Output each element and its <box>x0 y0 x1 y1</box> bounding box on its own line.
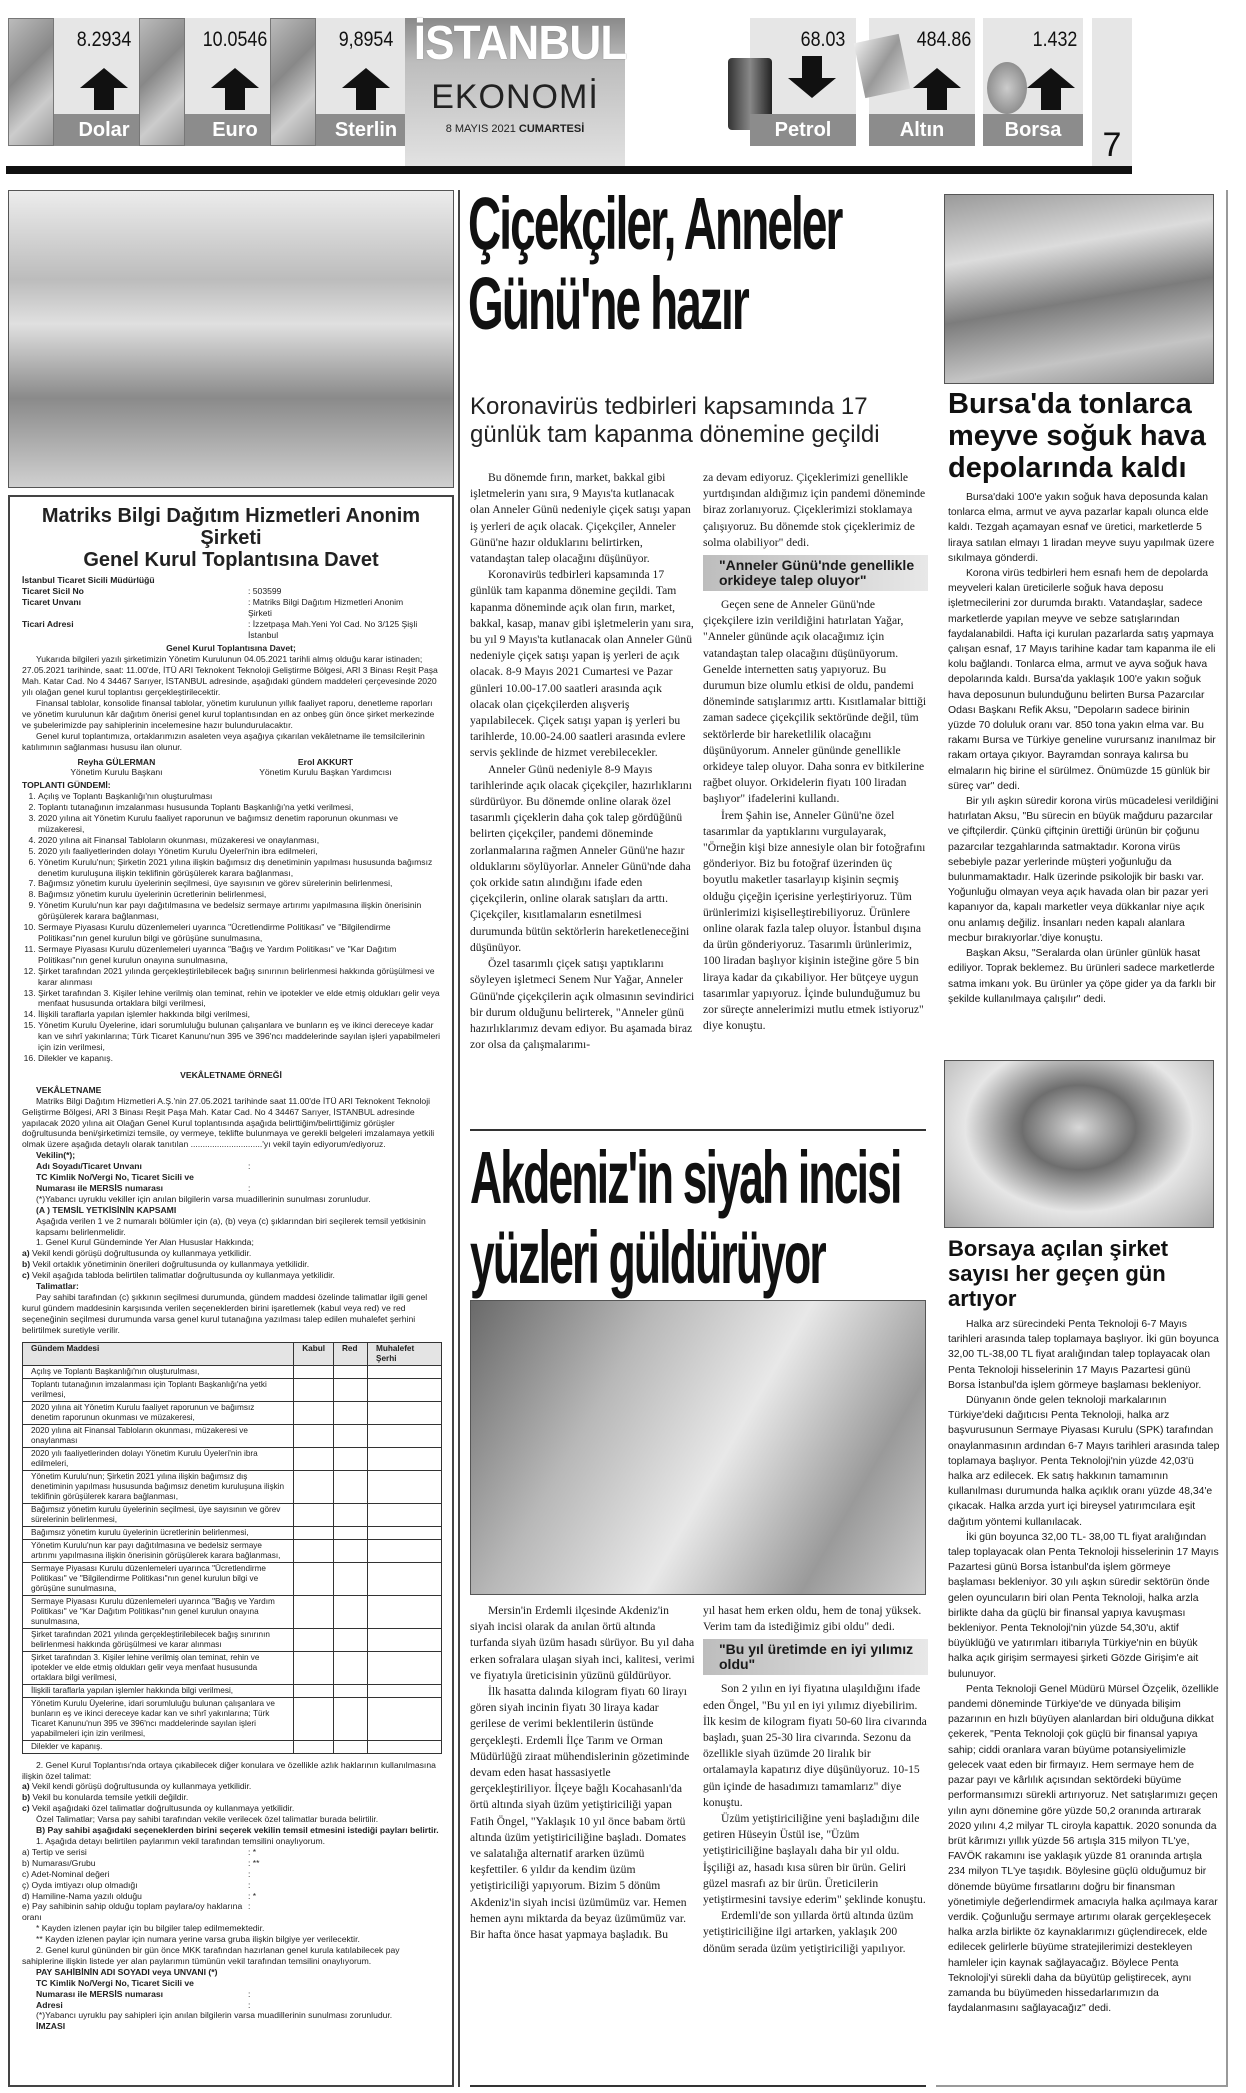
invite-heading: Genel Kurul Toplantısına Davet; <box>22 643 440 654</box>
proxy-note: (*)Yabancı uyruklu vekiller için anılan … <box>22 1194 440 1205</box>
signatories: Reyha GÜLERMANYönetim Kurulu Başkanı Ero… <box>22 757 440 779</box>
ticker-sterlin: 9,8954 Sterlin <box>270 18 416 146</box>
proxy-field: TC Kimlik No/Vergi No, Ticaret Sicili ve <box>22 1172 440 1183</box>
agenda-item: Şirket tarafından 2021 yılında gerçekleş… <box>38 966 440 988</box>
kabul-cell[interactable] <box>294 1562 334 1595</box>
scope-option: a) Vekil kendi görüşü doğrultusunda oy k… <box>22 1248 440 1259</box>
table-row: Yönetim Kurulu'nun kar payı dağıtılmasın… <box>23 1539 442 1562</box>
share-field: b) Numarası/Grubu: ** <box>22 1858 440 1869</box>
muhalefet-cell[interactable] <box>368 1595 442 1628</box>
agenda-list: Açılış ve Toplantı Başkanlığı'nın oluştu… <box>22 791 440 1064</box>
share-fields: a) Tertip ve serisi: *b) Numarası/Grubu:… <box>22 1847 440 1923</box>
agenda-item: Açılış ve Toplantı Başkanlığı'nın oluştu… <box>38 791 440 802</box>
column-header: Gündem Maddesi <box>23 1342 294 1365</box>
borsa-article: Borsaya açılan şirket sayısı her geçen g… <box>948 1236 1220 2016</box>
table-row: Sermaye Piyasası Kurulu düzenlemeleri uy… <box>23 1595 442 1628</box>
instructions-heading: Talimatlar: <box>22 1281 440 1292</box>
column-header: Muhalefet Şerhi <box>368 1342 442 1365</box>
column-divider <box>458 190 460 2087</box>
agenda-item: 2020 yılına ait Finansal Tabloların okun… <box>38 835 440 846</box>
bursa-headline: Bursa'da tonlarca meyve soğuk hava depol… <box>948 388 1220 484</box>
kabul-cell[interactable] <box>294 1628 334 1651</box>
kabul-cell[interactable] <box>294 1503 334 1526</box>
table-row: İlişkili taraflarla yapılan işlemler hak… <box>23 1684 442 1697</box>
borsa-body: Halka arz sürecindeki Penta Teknoloji 6-… <box>948 1317 1220 2016</box>
arrow-up-icon <box>913 68 961 88</box>
arrow-up-icon <box>80 68 128 88</box>
notice-paragraph: Yukarıda bilgileri yazılı şirketimizin Y… <box>22 654 440 698</box>
article-divider <box>470 2085 926 2087</box>
table-row: 2020 yılına ait Finansal Tabloların okun… <box>23 1424 442 1447</box>
table-row: Bağımsız yönetim kurulu üyelerinin ücret… <box>23 1526 442 1539</box>
special-instructions: Özel Talimatlar; Varsa pay sahibi tarafı… <box>22 1814 440 1825</box>
ticker-value: 10.0546 <box>193 28 278 52</box>
share-field: a) Tertip ve serisi: * <box>22 1847 440 1858</box>
kabul-cell[interactable] <box>294 1378 334 1401</box>
red-cell[interactable] <box>334 1378 368 1401</box>
red-cell[interactable] <box>334 1595 368 1628</box>
table-row: Sermaye Piyasası Kurulu düzenlemeleri uy… <box>23 1562 442 1595</box>
grapes-column-2: yıl hasat hem erken oldu, hem de tonaj y… <box>703 1603 928 1957</box>
agenda-vote-table: Gündem Maddesi Kabul Red Muhalefet Şerhi… <box>22 1342 442 1754</box>
notice-paragraph: Genel kurul toplantımıza, ortaklarımızın… <box>22 731 440 753</box>
red-cell[interactable] <box>334 1503 368 1526</box>
red-cell[interactable] <box>334 1401 368 1424</box>
share-field: e) Pay sahibinin sahip olduğu toplam pay… <box>22 1901 440 1923</box>
kabul-cell[interactable] <box>294 1424 334 1447</box>
signature-label: İMZASI <box>22 2021 440 2032</box>
muhalefet-cell[interactable] <box>368 1526 442 1539</box>
scope-option: b) Vekil ortaklık yönetiminin önerileri … <box>22 1259 440 1270</box>
agenda-item: Şirket tarafından 3. Kişiler lehine veri… <box>38 988 440 1010</box>
agenda-item: Yönetim Kurulu Üyelerine, idari sorumlul… <box>38 1020 440 1053</box>
muhalefet-cell[interactable] <box>368 1684 442 1697</box>
muhalefet-cell[interactable] <box>368 1447 442 1470</box>
bursa-body: Bursa'daki 100'e yakın soğuk hava deposu… <box>948 490 1220 1007</box>
logo-subtitle: EKONOMİ <box>405 78 625 117</box>
kabul-cell[interactable] <box>294 1684 334 1697</box>
borsa-headline: Borsaya açılan şirket sayısı her geçen g… <box>948 1236 1220 1311</box>
flowers-column-1: Bu dönemde fırın, market, bakkal gibi iş… <box>470 470 695 1053</box>
red-cell[interactable] <box>334 1470 368 1503</box>
ticker-label: Altın <box>869 114 975 146</box>
red-cell[interactable] <box>334 1539 368 1562</box>
kabul-cell[interactable] <box>294 1651 334 1684</box>
owner-field: Numarası ile MERSİS numarası: <box>22 1989 440 2000</box>
flowers-column-2: za devam ediyoruz. Çiçeklerimizi genelli… <box>703 470 928 1035</box>
euro-banknote-icon <box>139 18 185 146</box>
ticker-borsa: 1.432 Borsa <box>983 18 1083 146</box>
woman-with-grapes-photo <box>470 1300 926 1595</box>
agenda-item: 2020 yılına ait Yönetim Kurulu faaliyet … <box>38 813 440 835</box>
muhalefet-cell[interactable] <box>368 1562 442 1595</box>
scope-text: Aşağıda verilen 1 ve 2 numaralı bölümler… <box>22 1216 440 1238</box>
article-divider <box>470 1129 926 1131</box>
issue-date: 8 MAYIS 2021 CUMARTESİ <box>405 123 625 135</box>
muhalefet-cell[interactable] <box>368 1628 442 1651</box>
agenda-item: Sermaye Piyasası Kurulu düzenlemeleri uy… <box>38 944 440 966</box>
muhalefet-cell[interactable] <box>368 1697 442 1740</box>
pull-quote: "Anneler Günü'nde genellikle orkideye ta… <box>703 555 928 591</box>
table-row: 2020 yılı faaliyetlerinden dolayı Yöneti… <box>23 1447 442 1470</box>
kabul-cell[interactable] <box>294 1595 334 1628</box>
muhalefet-cell[interactable] <box>368 1401 442 1424</box>
part2-text: 2. Genel Kurul Toplantısı'nda ortaya çık… <box>22 1760 440 1782</box>
column-header: Kabul <box>294 1342 334 1365</box>
red-cell[interactable] <box>334 1697 368 1740</box>
logo-title: İSTANBUL <box>414 18 616 70</box>
kabul-cell[interactable] <box>294 1539 334 1562</box>
share-field: c) Adet-Nominal değeri: <box>22 1869 440 1880</box>
red-cell[interactable] <box>334 1651 368 1684</box>
kabul-cell[interactable] <box>294 1740 334 1753</box>
proxy-title: VEKÂLETNAME <box>22 1085 440 1096</box>
owner-note: (*)Yabancı uyruklu pay sahipleri için an… <box>22 2010 440 2021</box>
red-cell[interactable] <box>334 1447 368 1470</box>
part-b-heading: B) Pay sahibi aşağıdaki seçeneklerden bi… <box>22 1825 440 1836</box>
arrow-up-icon <box>342 68 390 88</box>
proxy-text: Matriks Bilgi Dağıtım Hizmetleri A.Ş.'ni… <box>22 1096 440 1151</box>
arrow-down-icon <box>788 78 836 98</box>
table-row: Şirket tarafından 3. Kişiler lehine veri… <box>23 1651 442 1684</box>
muhalefet-cell[interactable] <box>368 1470 442 1503</box>
ticker-petrol: 68.03 Petrol <box>750 18 856 146</box>
part-b-item: 2. Genel kurul gününden bir gün önce MKK… <box>22 1945 440 1967</box>
proxy-field: Vekilin(*); <box>22 1150 440 1161</box>
part-b-item: 1. Aşağıda detayı belirtilen paylarımın … <box>22 1836 440 1847</box>
owner-field: PAY SAHİBİNİN ADI SOYADI veya UNVANI (*) <box>22 1967 440 1978</box>
borsa-istanbul-logo-icon <box>987 62 1027 114</box>
agenda-item: Dilekler ve kapanış. <box>38 1053 440 1064</box>
field-row: Ticaret Sicil No: 503599 <box>22 586 440 597</box>
muhalefet-cell[interactable] <box>368 1424 442 1447</box>
kabul-cell[interactable] <box>294 1697 334 1740</box>
share-field: d) Hamiline-Nama yazılı olduğu: * <box>22 1891 440 1902</box>
table-row: Açılış ve Toplantı Başkanlığı'nın oluştu… <box>23 1365 442 1378</box>
muhalefet-cell[interactable] <box>368 1740 442 1753</box>
field-row: Ticari Adresi: İzzetpaşa Mah.Yeni Yol Ca… <box>22 619 440 641</box>
red-cell[interactable] <box>334 1562 368 1595</box>
instructions-text: Pay sahibi tarafından (c) şıkkının seçil… <box>22 1292 440 1336</box>
owner-field: Adresi: <box>22 2000 440 2011</box>
agenda-item: Yönetim Kurulu'nun; Şirketin 2021 yılına… <box>38 857 440 879</box>
muhalefet-cell[interactable] <box>368 1651 442 1684</box>
fruit-crates-photo <box>944 194 1214 384</box>
red-cell[interactable] <box>334 1365 368 1378</box>
proxy-field: Numarası ile MERSİS numarası: <box>22 1183 440 1194</box>
arrow-up-icon <box>1027 68 1075 88</box>
scope-item: 1. Genel Kurul Gündeminde Yer Alan Husus… <box>22 1237 440 1248</box>
table-row: Bağımsız yönetim kurulu üyelerinin seçil… <box>23 1503 442 1526</box>
notice-title: Matriks Bilgi Dağıtım Hizmetleri Anonim … <box>22 505 440 571</box>
page-number: 7 <box>1092 18 1132 166</box>
kabul-cell[interactable] <box>294 1526 334 1539</box>
scope-heading: (A ) TEMSİL YETKİSİNİN KAPSAMI <box>22 1205 440 1216</box>
ticker-value: 8.2934 <box>62 28 147 52</box>
agenda-heading: TOPLANTI GÜNDEMİ: <box>22 780 440 791</box>
footnote: * Kayden izlenen paylar için bu bilgiler… <box>22 1923 440 1934</box>
masthead-rule <box>6 166 1132 174</box>
agenda-item: Yönetim Kurulu'nun kar payı dağıtılmasın… <box>38 900 440 922</box>
kabul-cell[interactable] <box>294 1401 334 1424</box>
agenda-item: Bağımsız yönetim kurulu üyelerinin seçil… <box>38 878 440 889</box>
footnote: ** Kayden izlenen paylar için numara yer… <box>22 1934 440 1945</box>
pound-banknote-icon <box>270 18 316 146</box>
flower-shop-photo <box>8 190 454 488</box>
part2-option: b) Vekil bu konularda temsile yetkili de… <box>22 1792 440 1803</box>
red-cell[interactable] <box>334 1684 368 1697</box>
agenda-item: İlişkili taraflarla yapılan işlemler hak… <box>38 1009 440 1020</box>
agenda-item: 2020 yılı faaliyetlerinden dolayı Yöneti… <box>38 846 440 857</box>
executive-portrait-photo <box>944 1060 1214 1228</box>
ticker-value: 484.86 <box>899 28 989 52</box>
table-row: Toplantı tutanağının imzalanması için To… <box>23 1378 442 1401</box>
proxy-heading: VEKÂLETNAME ÖRNEĞİ <box>22 1070 440 1081</box>
agenda-item: Toplantı tutanağının imzalanması hususun… <box>38 802 440 813</box>
pull-quote: "Bu yıl üretimde en iyi yılımız oldu" <box>703 1639 928 1675</box>
arrow-up-icon <box>211 68 259 88</box>
grapes-column-1: Mersin'in Erdemli ilçesinde Akdeniz'in s… <box>470 1603 695 1943</box>
muhalefet-cell[interactable] <box>368 1503 442 1526</box>
registry: İstanbul Ticaret Sicili Müdürlüğü <box>22 575 440 586</box>
muhalefet-cell[interactable] <box>368 1365 442 1378</box>
ticker-label: Sterlin <box>316 114 416 146</box>
ticker-value: 9,8954 <box>324 28 409 52</box>
red-cell[interactable] <box>334 1740 368 1753</box>
proxy-field: Adı Soyadı/Ticaret Unvanı: <box>22 1161 440 1172</box>
part2-option: a) Vekil kendi görüşü doğrultusunda oy k… <box>22 1781 440 1792</box>
agenda-item: Bağımsız yönetim kurulu üyelerinin ücret… <box>38 889 440 900</box>
field-row: Ticaret Unvanı: Matriks Bilgi Dağıtım Hi… <box>22 597 440 619</box>
legal-notice: Matriks Bilgi Dağıtım Hizmetleri Anonim … <box>8 495 454 2087</box>
ticker-dolar: 8.2934 Dolar <box>8 18 154 146</box>
table-row: Yönetim Kurulu Üyelerine, idari sorumlul… <box>23 1697 442 1740</box>
muhalefet-cell[interactable] <box>368 1539 442 1562</box>
grapes-headline: Akdeniz'in siyah incisiyüzleri güldürüyo… <box>470 1138 901 1298</box>
notice-paragraph: Finansal tablolar, konsolide finansal ta… <box>22 698 440 731</box>
red-cell[interactable] <box>334 1424 368 1447</box>
table-row: Yönetim Kurulu'nun; Şirketin 2021 yılına… <box>23 1470 442 1503</box>
flowers-deck: Koronavirüs tedbirleri kapsamında 17 gün… <box>470 393 926 449</box>
muhalefet-cell[interactable] <box>368 1378 442 1401</box>
ticker-value: 1.432 <box>1013 28 1098 52</box>
scope-option: c) Vekil aşağıda tabloda belirtilen tali… <box>22 1270 440 1281</box>
table-row: Dilekler ve kapanış. <box>23 1740 442 1753</box>
agenda-item: Sermaye Piyasası Kurulu düzenlemeleri uy… <box>38 922 440 944</box>
ticker-altin: 484.86 Altın <box>869 18 975 146</box>
table-row: 2020 yılına ait Yönetim Kurulu faaliyet … <box>23 1401 442 1424</box>
ticker-euro: 10.0546 Euro <box>139 18 285 146</box>
column-header: Red <box>334 1342 368 1365</box>
red-cell[interactable] <box>334 1628 368 1651</box>
masthead: 8.2934 Dolar 10.0546 Euro 9,8954 Sterlin… <box>0 0 1246 175</box>
part2-option: c) Vekil aşağıdaki özel talimatlar doğru… <box>22 1803 440 1814</box>
flowers-headline: Çiçekçiler, AnnelerGünü'ne hazır <box>468 184 842 344</box>
ticker-label: Borsa <box>983 114 1083 146</box>
newspaper-logo: İSTANBUL EKONOMİ 8 MAYIS 2021 CUMARTESİ <box>405 18 625 166</box>
kabul-cell[interactable] <box>294 1447 334 1470</box>
ticker-label: Petrol <box>750 114 856 146</box>
kabul-cell[interactable] <box>294 1470 334 1503</box>
share-field: ç) Oyda imtiyazı olup olmadığı: <box>22 1880 440 1891</box>
dollar-banknote-icon <box>8 18 54 146</box>
table-row: Şirket tarafından 2021 yılında gerçekleş… <box>23 1628 442 1651</box>
kabul-cell[interactable] <box>294 1365 334 1378</box>
owner-field: TC Kimlik No/Vergi No, Ticaret Sicili ve <box>22 1978 440 1989</box>
bursa-article: Bursa'da tonlarca meyve soğuk hava depol… <box>948 388 1220 1007</box>
red-cell[interactable] <box>334 1526 368 1539</box>
